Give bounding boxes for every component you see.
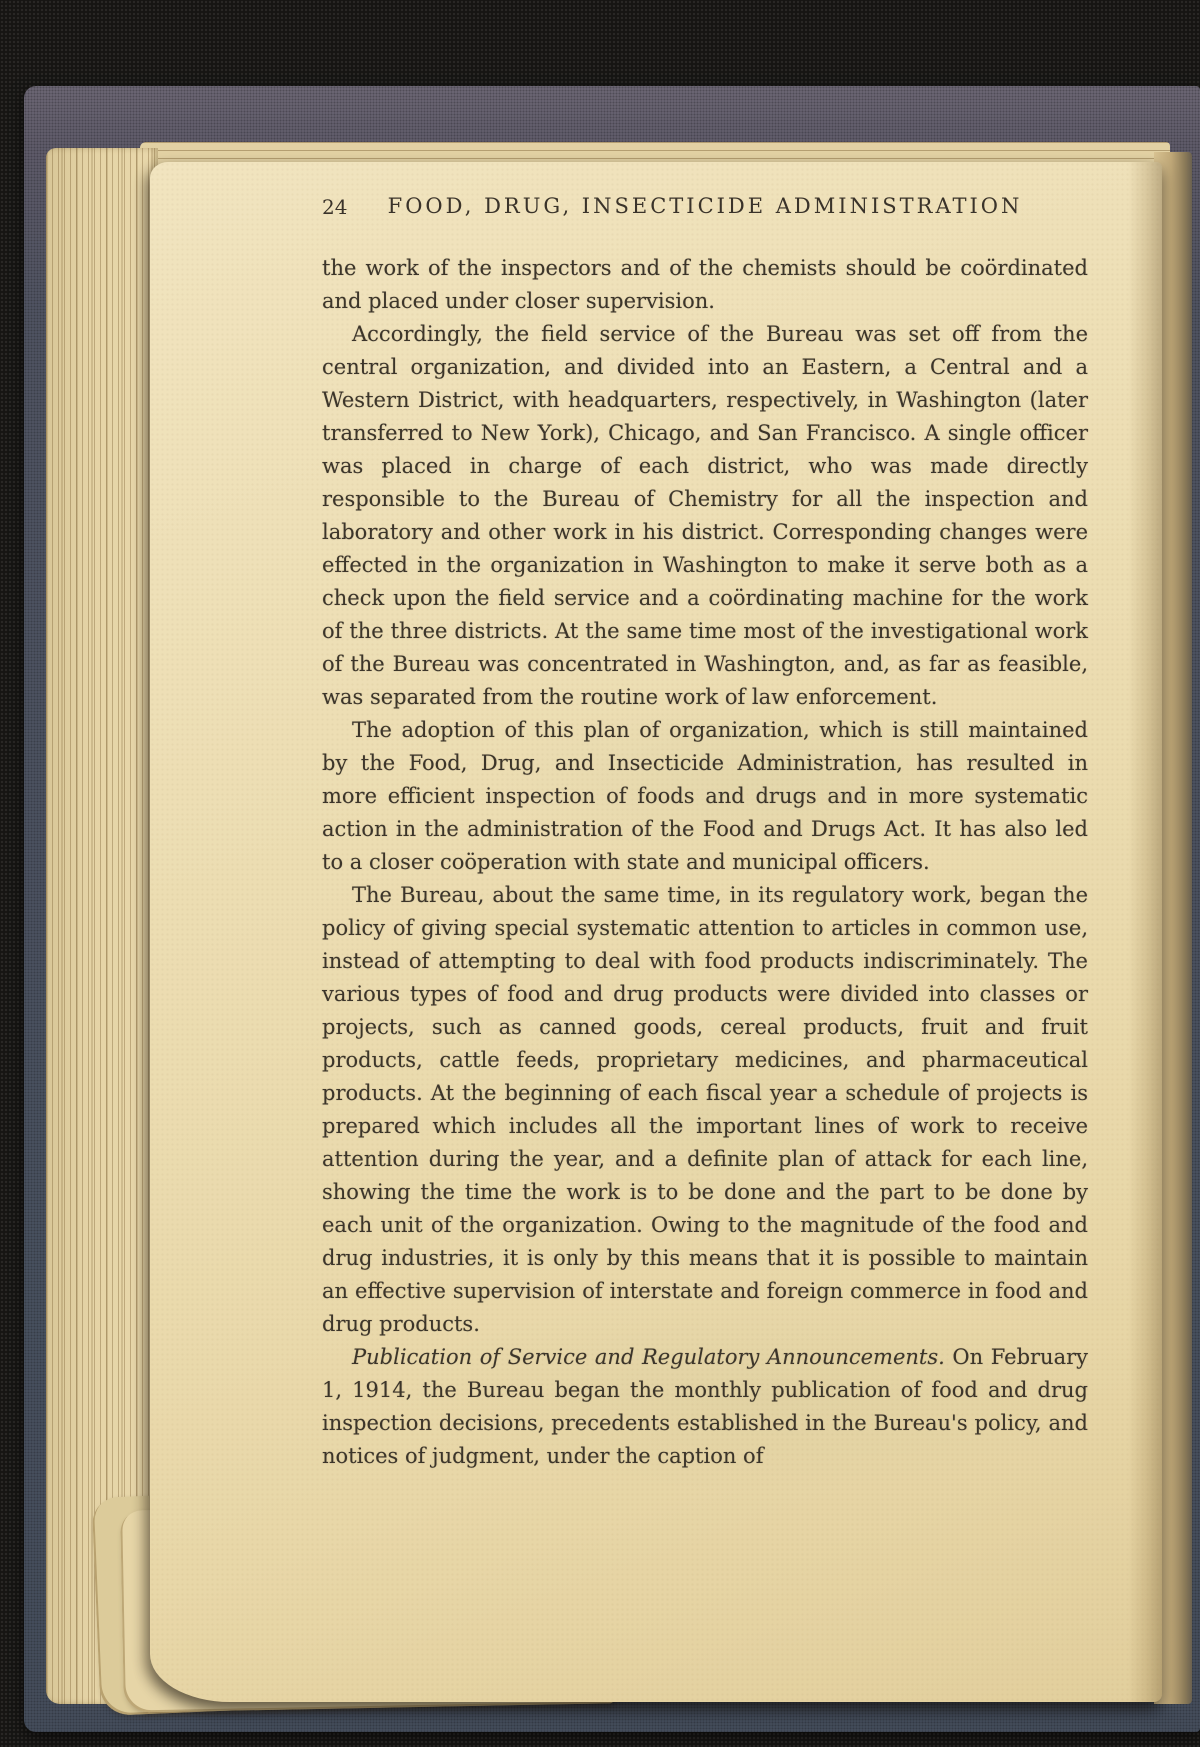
- paragraph-text: The adoption of this plan of organizatio…: [322, 718, 1088, 874]
- paragraph: The adoption of this plan of organizatio…: [322, 714, 1088, 879]
- page-edges-left: [46, 148, 158, 1704]
- running-head: 24 FOOD, DRUG, INSECTICIDE ADMINISTRATIO…: [322, 192, 1088, 222]
- paragraph: the work of the inspectors and of the ch…: [322, 252, 1088, 318]
- paragraph-text: Accordingly, the field service of the Bu…: [322, 322, 1088, 709]
- paragraph: Accordingly, the field service of the Bu…: [322, 318, 1088, 714]
- paragraph: Publication of Service and Regulatory An…: [322, 1341, 1088, 1473]
- running-title: FOOD, DRUG, INSECTICIDE ADMINISTRATION: [388, 194, 1023, 218]
- paragraph-text: The Bureau, about the same time, in its …: [322, 883, 1088, 1336]
- page-body: the work of the inspectors and of the ch…: [322, 252, 1088, 1473]
- book-page: 24 FOOD, DRUG, INSECTICIDE ADMINISTRATIO…: [150, 162, 1162, 1702]
- paragraph: The Bureau, about the same time, in its …: [322, 879, 1088, 1341]
- photo-background: 24 FOOD, DRUG, INSECTICIDE ADMINISTRATIO…: [0, 0, 1200, 1747]
- paragraph-text: the work of the inspectors and of the ch…: [322, 256, 1088, 313]
- page-number: 24: [322, 193, 347, 221]
- paragraph-italic-lead: Publication of Service and Regulatory An…: [352, 1345, 945, 1369]
